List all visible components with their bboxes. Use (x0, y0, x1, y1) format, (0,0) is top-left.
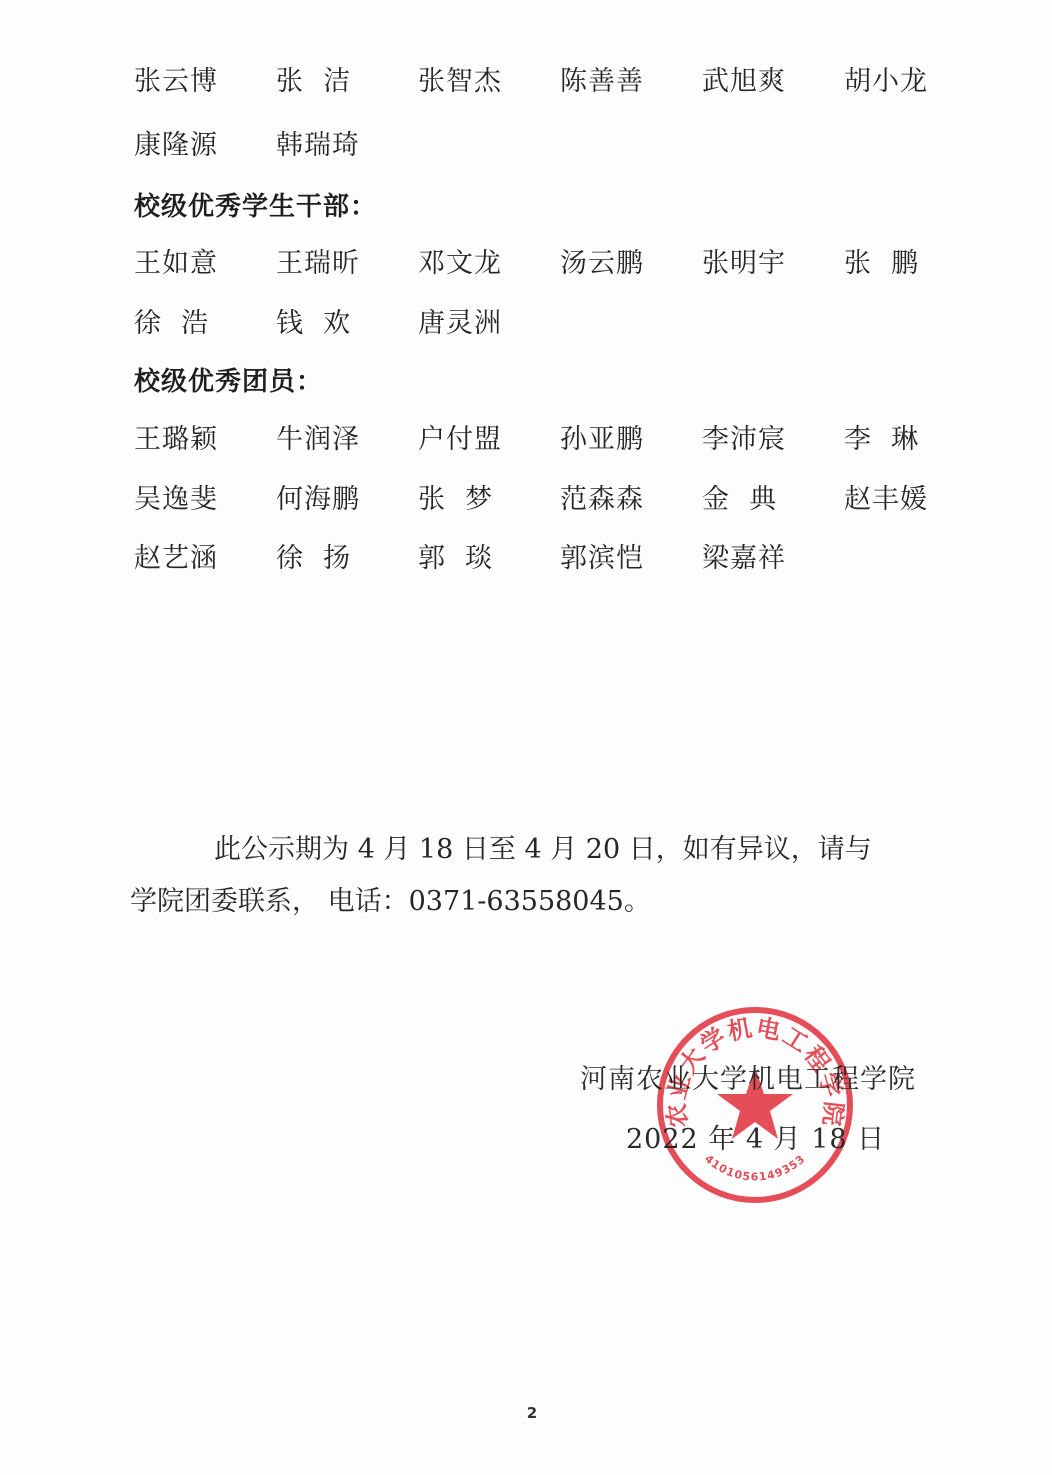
name: 汤云鹏 (560, 244, 644, 284)
name: 徐 扬 (276, 539, 351, 579)
notice-line-1: 此公示期为 4 月 18 日至 4 月 20 日，如有异议，请与 (214, 830, 872, 870)
name: 郭滨恺 (560, 539, 644, 579)
name: 王瑞昕 (276, 244, 360, 284)
section-heading-cadres: 校级优秀学生干部： (134, 187, 377, 227)
name: 王璐颖 (134, 420, 218, 460)
section-heading-league-members: 校级优秀团员： (134, 362, 323, 402)
name: 张智杰 (418, 62, 502, 102)
name: 康隆源 (134, 126, 218, 166)
name: 张云博 (134, 62, 218, 102)
name: 孙亚鹏 (560, 420, 644, 460)
name: 张 鹏 (844, 244, 919, 284)
name: 赵丰媛 (844, 480, 928, 520)
name: 李 琳 (844, 420, 919, 460)
name: 吴逸斐 (134, 480, 218, 520)
name: 郭 琰 (418, 539, 493, 579)
name-row: 王如意 王瑞昕 邓文龙 汤云鹏 张明宇 张 鹏 (134, 244, 934, 284)
name: 唐灵洲 (418, 304, 502, 344)
name: 张 梦 (418, 480, 493, 520)
name: 张 洁 (276, 62, 351, 102)
name: 赵艺涵 (134, 539, 218, 579)
document-page: 张云博 张 洁 张智杰 陈善善 武旭爽 胡小龙 康隆源 韩瑞琦 校级优秀学生干部… (0, 0, 1052, 1475)
name: 金 典 (702, 480, 777, 520)
signature-organization: 河南农业大学机电工程学院 (580, 1060, 916, 1100)
name: 徐 浩 (134, 304, 209, 344)
name: 梁嘉祥 (702, 539, 786, 579)
name: 范森森 (560, 480, 644, 520)
name: 何海鹏 (276, 480, 360, 520)
name: 韩瑞琦 (276, 126, 360, 166)
name: 牛润泽 (276, 420, 360, 460)
notice-line-2: 学院团委联系， 电话：0371-63558045。 (130, 882, 651, 922)
name-row: 张云博 张 洁 张智杰 陈善善 武旭爽 胡小龙 (134, 62, 934, 102)
name-row: 王璐颖 牛润泽 户付盟 孙亚鹏 李沛宸 李 琳 (134, 420, 934, 460)
name: 胡小龙 (844, 62, 928, 102)
name-row: 吴逸斐 何海鹏 张 梦 范森森 金 典 赵丰媛 (134, 480, 934, 520)
name-row: 赵艺涵 徐 扬 郭 琰 郭滨恺 梁嘉祥 (134, 539, 934, 579)
name: 张明宇 (702, 244, 786, 284)
name: 王如意 (134, 244, 218, 284)
name-row: 康隆源 韩瑞琦 (134, 126, 934, 166)
name: 户付盟 (418, 420, 502, 460)
official-seal-icon: 河南农业大学机电工程学院团委 4101056149353 (655, 1005, 855, 1205)
name: 钱 欢 (276, 304, 351, 344)
name: 邓文龙 (418, 244, 502, 284)
name: 陈善善 (560, 62, 644, 102)
signature-date: 2022 年 4 月 18 日 (626, 1120, 885, 1160)
name: 武旭爽 (702, 62, 786, 102)
page-number: 2 (522, 1404, 542, 1422)
name-row: 徐 浩 钱 欢 唐灵洲 (134, 304, 934, 344)
name: 李沛宸 (702, 420, 786, 460)
